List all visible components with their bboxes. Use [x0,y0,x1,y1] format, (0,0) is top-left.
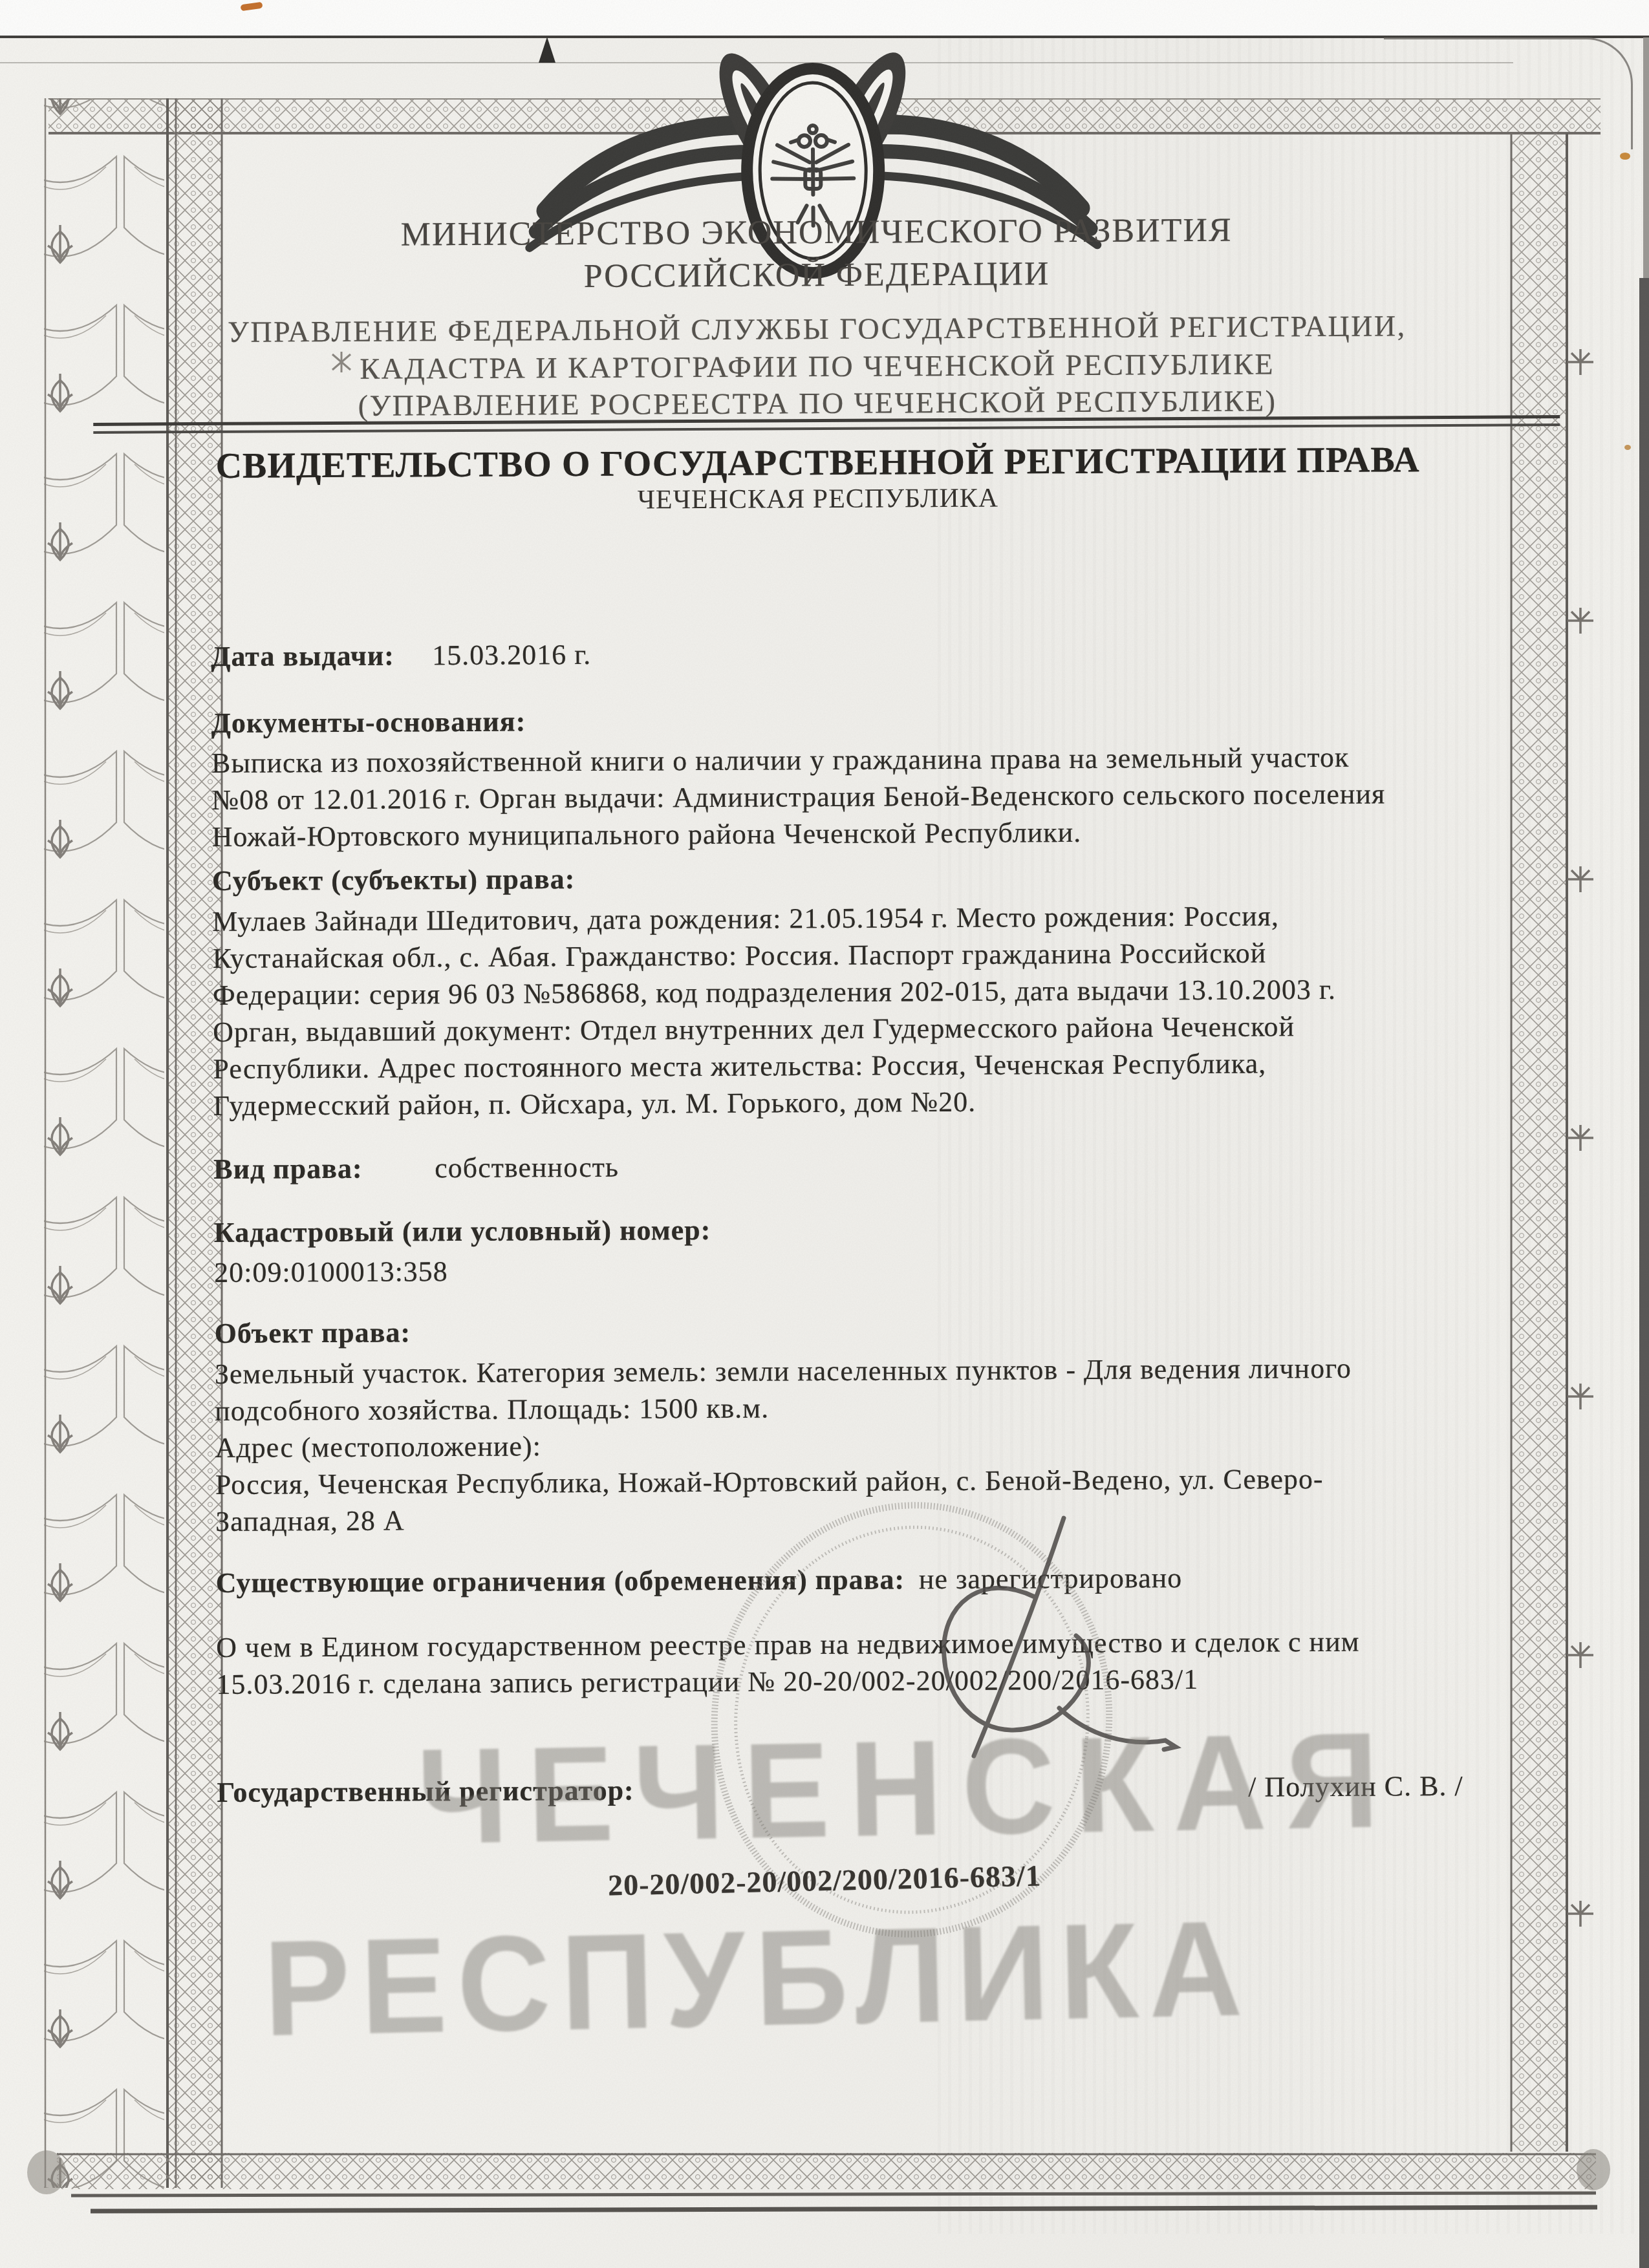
cadastral-label: Кадастровый (или условный) номер: [214,1214,711,1249]
double-rule-bottom [93,423,1560,434]
stamp-watermark-line2: РЕСПУБЛИКА [263,1890,1254,2067]
ministry-name-line2: РОССИЙСКОЙ ФЕДЕРАЦИИ [0,251,1638,298]
object-label: Объект права: [214,1316,411,1350]
ministry-name-line1: МИНИСТЕРСТВО ЭКОНОМИЧЕСКОГО РАЗВИТИЯ [0,209,1638,255]
basis-line: Ножай-Юртовского муниципального района Ч… [211,816,1081,853]
object-line: Адрес (местоположение): [215,1429,541,1464]
basis-label: Документы-основания: [211,705,526,740]
object-line: Россия, Чеченская Республика, Ножай-Юрто… [215,1462,1324,1501]
subject-line: Мулаев Зайнади Шедитович, дата рождения:… [212,899,1279,938]
restrictions-value: не зарегистрировано [919,1562,1182,1595]
issue-date-label: Дата выдачи: [211,639,424,673]
stamp-watermark-line1: ЧЕЧЕНСКАЯ [416,1702,1399,1876]
object-line: Западная, 28 А [215,1504,405,1538]
subject-label: Субъект (субъекты) права: [212,862,576,897]
subject-line: Кустанайская обл., с. Абая. Гражданство:… [212,936,1266,975]
issue-date-row: Дата выдачи: 15.03.2016 г. [211,638,591,673]
basis-line: Выписка из похозяйственной книги о налич… [211,741,1350,780]
right-type-row: Вид права: собственность [213,1151,619,1186]
subject-line: Гудермесский район, п. Ойсхара, ул. М. Г… [213,1086,976,1122]
scanned-certificate-page: МИНИСТЕРСТВО ЭКОНОМИЧЕСКОГО РАЗВИТИЯ РОС… [0,0,1649,2268]
department-line2: КАДАСТРА И КАРТОГРАФИИ ПО ЧЕЧЕНСКОЙ РЕСП… [0,345,1639,387]
right-type-label: Вид права: [213,1151,427,1186]
cadastral-value: 20:09:0100013:358 [214,1255,448,1289]
record-line: 15.03.2016 г. сделана запись регистрации… [216,1663,1198,1701]
subject-line: Федерации: серия 96 03 №586868, код подр… [213,973,1336,1012]
restrictions-row: Существующие ограничения (обременения) п… [215,1561,1182,1599]
subject-line: Республики. Адрес постоянного места жите… [213,1047,1266,1086]
right-type-value: собственность [435,1151,619,1184]
issue-date-value: 15.03.2016 г. [432,639,591,671]
object-line: подсобного хозяйства. Площадь: 1500 кв.м… [215,1391,769,1427]
basis-line: №08 от 12.01.2016 г. Орган выдачи: Админ… [211,777,1385,817]
department-line1: УПРАВЛЕНИЕ ФЕДЕРАЛЬНОЙ СЛУЖБЫ ГОСУДАРСТВ… [0,307,1639,350]
subject-line: Орган, выдавший документ: Отдел внутренн… [213,1010,1295,1049]
restrictions-label: Существующие ограничения (обременения) п… [215,1563,905,1599]
record-line: О чем в Едином государственном реестре п… [216,1625,1360,1664]
object-line: Земельный участок. Категория земель: зем… [215,1352,1352,1391]
